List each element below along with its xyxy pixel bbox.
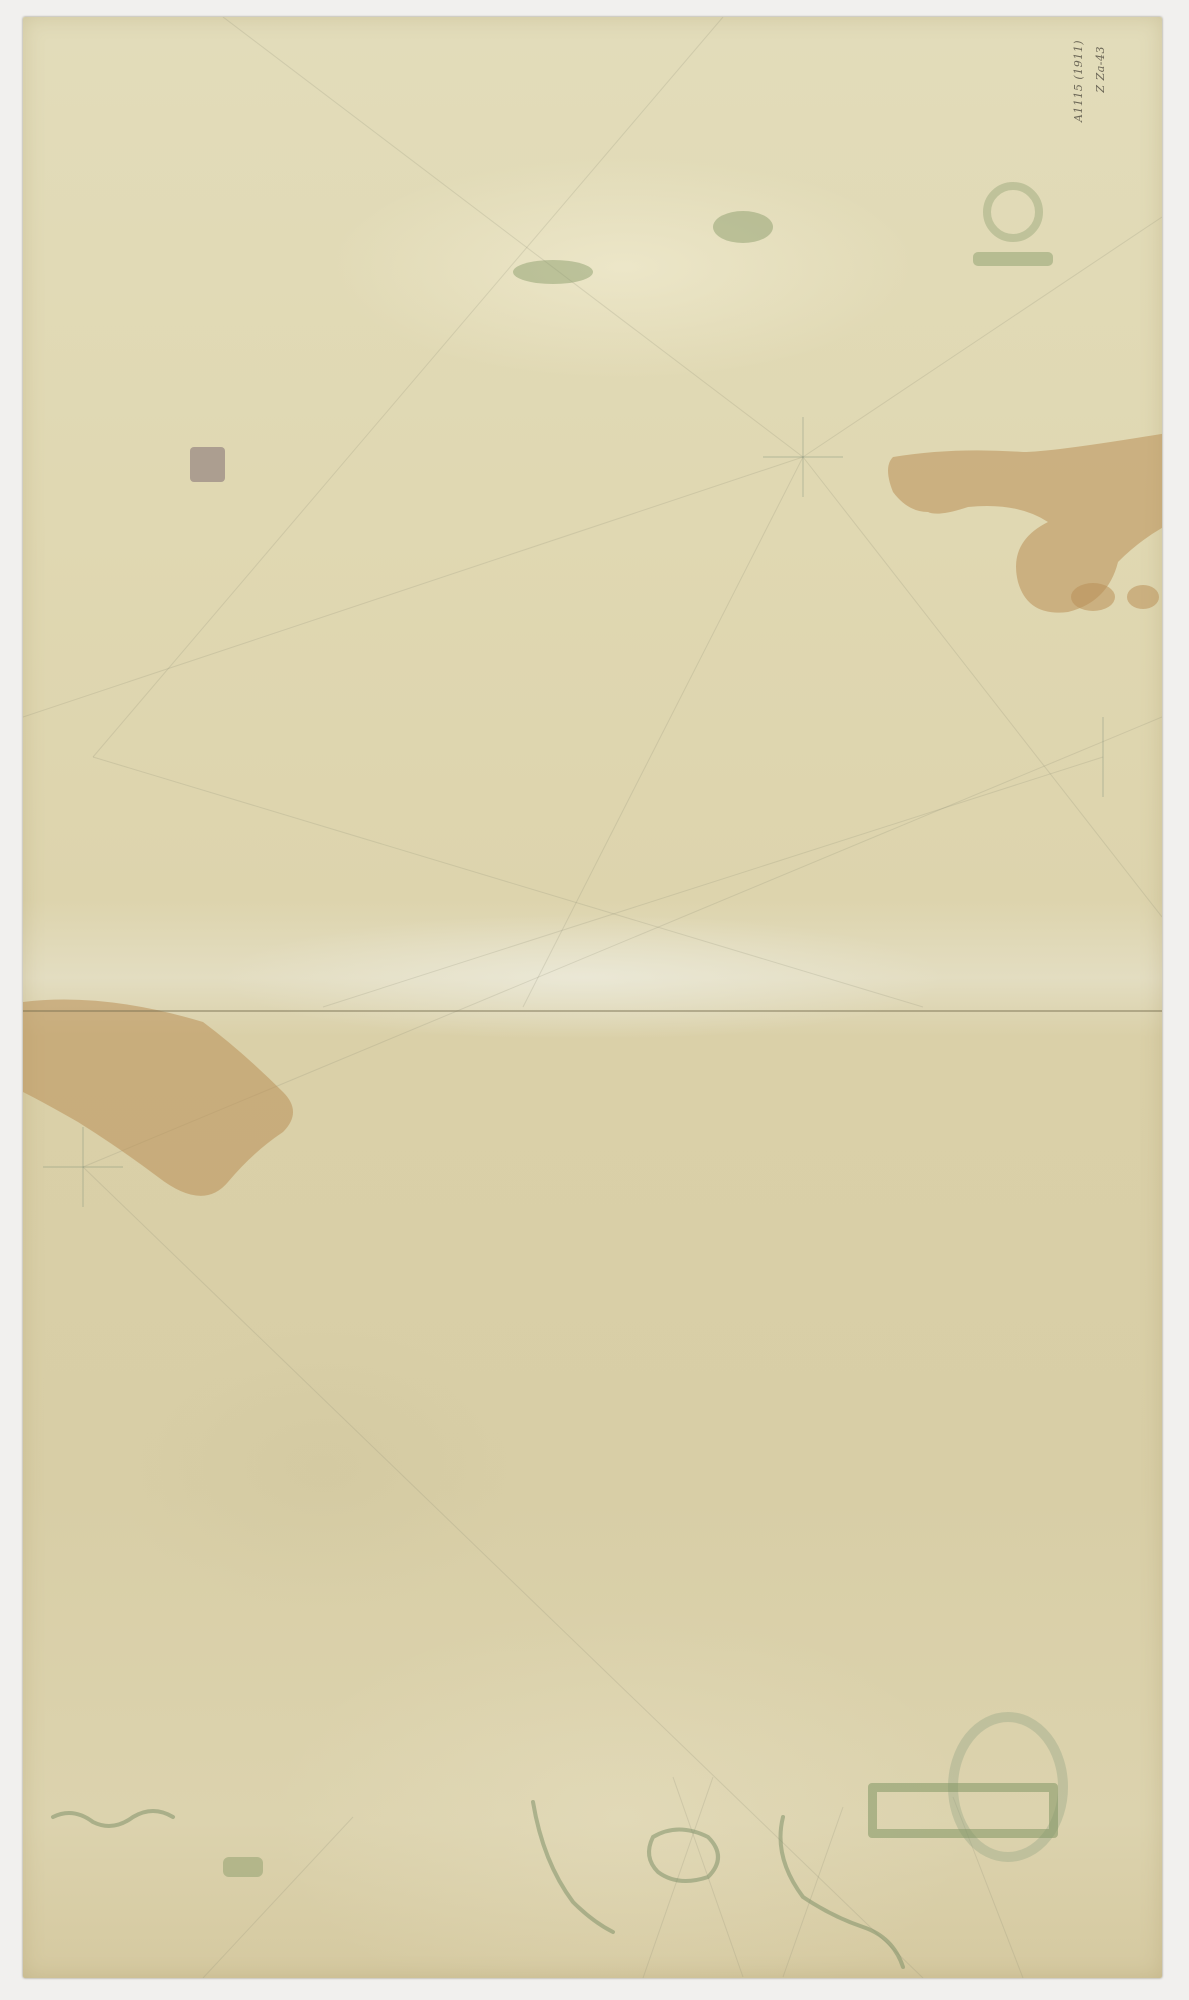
shelfmark-line-2: Z Za-43 xyxy=(1094,46,1107,93)
vellum-sheet: A1115 (1911) Z Za-43 xyxy=(23,17,1162,1978)
cartouche-showthrough xyxy=(868,1783,1058,1838)
shelfmark-line-1: A1115 (1911) xyxy=(1072,40,1085,122)
fold-line xyxy=(23,1010,1162,1012)
shelfmark-annotation: A1115 (1911) Z Za-43 xyxy=(1068,40,1128,130)
rhumb-lines xyxy=(23,17,1162,1978)
